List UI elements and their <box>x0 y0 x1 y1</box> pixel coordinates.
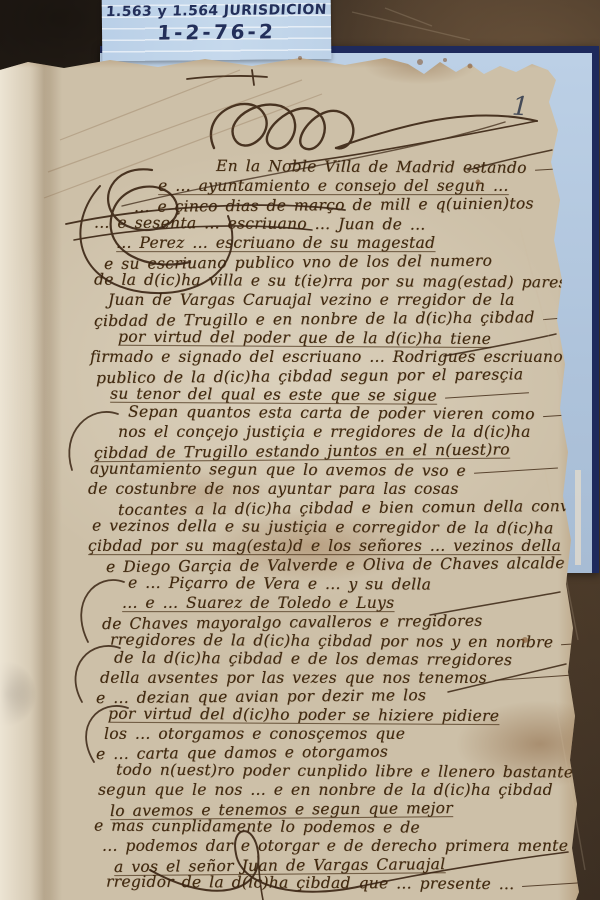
photo-scene: 1.563 y 1.564 JURISDICION 1-2-76-2 1 En … <box>0 0 600 900</box>
note-text-reference: 1-2-76-2 <box>101 19 331 45</box>
manuscript-line: e ... ayuntamiento e consejo del segun .… <box>158 177 570 196</box>
manuscript-line: ayuntamiento segun que lo avemos de vso … <box>90 460 570 482</box>
manuscript-line: de costunbre de nos ayuntar para las cos… <box>88 480 570 499</box>
manuscript-line: todo n(uest)ro poder cunplido libre e ll… <box>116 761 570 782</box>
note-text-years: 1.563 y 1.564 JURISDICION <box>101 2 331 20</box>
manuscript-line: En la Noble Villa de Madrid estando <box>216 157 570 178</box>
manuscript-line: e vezinos della e su justiçia e corregid… <box>92 517 570 539</box>
manuscript-paragraph-3: de la d(ic)ha çibdad e de los demas rreg… <box>88 650 570 893</box>
manuscript-line: e ... Piçarro de Vera e ... y su della <box>128 574 570 596</box>
manuscript-line: ... podemos dar e otorgar e de derecho p… <box>102 837 570 856</box>
manuscript-page: 1 En la Noble Villa de Madrid estando e … <box>0 54 584 900</box>
manuscript-line: rregidor de la d(ic)ha çibdad que ... pr… <box>106 873 570 895</box>
manuscript-line: ... Perez ... escriuano de su magestad <box>116 234 570 253</box>
page-edge-sliver <box>575 470 581 565</box>
manuscript-line: de la d(ic)ha villa e su t(ie)rra por su… <box>94 271 570 293</box>
manuscript-line: por virtud del poder que de la d(ic)ha t… <box>118 328 570 350</box>
manuscript-line: Sepan quantos esta carta de poder vieren… <box>128 403 570 425</box>
manuscript-line: Juan de Vargas Caruajal vezino e rregido… <box>108 291 570 310</box>
manuscript-line: de la d(ic)ha çibdad e de los demas rreg… <box>114 649 570 670</box>
folio-number: 1 <box>511 92 529 123</box>
manuscript-paragraph-2: Sepan quantos esta carta de poder vieren… <box>88 404 570 651</box>
manuscript-line: e mas cunplidamente lo podemos e de <box>94 817 570 839</box>
manuscript-line: firmado e signado del escriuano ... Rodr… <box>90 348 570 367</box>
manuscript-line: ... e ... Suarez de Toledo e Luys <box>122 594 570 613</box>
manuscript-line: por virtud del d(ic)ho poder se hiziere … <box>108 705 570 727</box>
archival-sticky-note: 1.563 y 1.564 JURISDICION 1-2-76-2 <box>102 0 332 61</box>
manuscript-line: nos el conçejo justiçia e rregidores de … <box>118 423 570 442</box>
manuscript-line: çibdad por su mag(esta)d e los señores .… <box>88 537 570 556</box>
manuscript-line: segun que le nos ... e en nonbre de la d… <box>98 781 570 800</box>
manuscript-paragraph-1: En la Noble Villa de Madrid estando e ..… <box>88 158 570 405</box>
manuscript-line: ... e sesenta ... escriuano ... Juan de … <box>94 214 570 236</box>
